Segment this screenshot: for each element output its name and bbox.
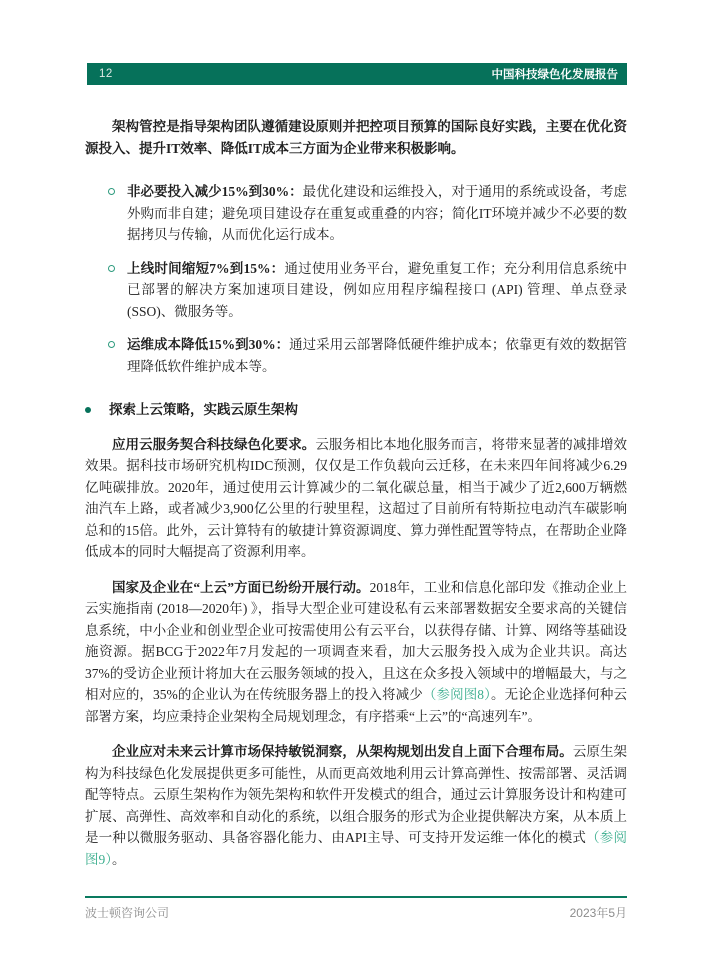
section-heading: 探索上云策略，实践云原生架构: [109, 399, 298, 421]
bullet-lead: 非必要投入减少15%到30%：: [127, 184, 303, 199]
footer-company: 波士顿咨询公司: [85, 904, 169, 921]
bullet-lead: 上线时间缩短7%到15%：: [127, 261, 284, 276]
page-header-bar: 12 中国科技绿色化发展报告: [87, 63, 627, 85]
page-content: 架构管控是指导架构团队遵循建设原则并把控项目预算的国际良好实践，主要在优化资源投…: [85, 116, 627, 884]
report-page: 12 中国科技绿色化发展报告 架构管控是指导架构团队遵循建设原则并把控项目预算的…: [0, 0, 710, 963]
paragraph-body: 2018年，工业和信息化部印发《推动企业上云实施指南 (2018—2020年) …: [85, 580, 627, 703]
report-title: 中国科技绿色化发展报告: [492, 66, 619, 82]
paragraph-body: 云原生架构为科技绿色化发展提供更多可能性，从而更高效地利用云计算高弹性、按需部署…: [85, 744, 627, 845]
page-footer: 波士顿咨询公司 2023年5月: [85, 896, 627, 921]
paragraph-cloud-service: 应用云服务契合科技绿色化要求。云服务相比本地化服务而言，将带来显著的减排增效效果…: [85, 434, 627, 563]
paragraph-body: 。: [112, 852, 126, 867]
section-heading-row: 探索上云策略，实践云原生架构: [85, 399, 627, 421]
list-item-ops-cost: 运维成本降低15%到30%：通过采用云部署降低硬件维护成本；依靠更有效的数据管理…: [85, 334, 627, 377]
paragraph-body: 云服务相比本地化服务而言，将带来显著的减排增效效果。据科技市场研究机构IDC预测…: [85, 437, 627, 560]
figure-8-link[interactable]: （参阅图8）: [423, 687, 491, 702]
footer-divider: [85, 896, 627, 898]
dot-bullet-icon: [85, 407, 91, 413]
footer-row: 波士顿咨询公司 2023年5月: [85, 904, 627, 921]
footer-date: 2023年5月: [570, 904, 627, 921]
paragraph-cloud-action: 国家及企业在“上云”方面已纷纷开展行动。2018年，工业和信息化部印发《推动企业…: [85, 577, 627, 728]
circle-bullet-icon: [108, 341, 115, 348]
paragraph-lead: 国家及企业在“上云”方面已纷纷开展行动。: [112, 580, 370, 595]
circle-bullet-icon: [108, 265, 115, 272]
bullet-text: 上线时间缩短7%到15%：通过使用业务平台，避免重复工作；充分利用信息系统中已部…: [127, 258, 627, 323]
bullet-text: 非必要投入减少15%到30%：最优化建设和运维投入，对于通用的系统或设备，考虑外…: [127, 181, 627, 246]
paragraph-cloud-native: 企业应对未来云计算市场保持敏锐洞察，从架构规划出发自上面下合理布局。云原生架构为…: [85, 741, 627, 870]
paragraph-lead: 企业应对未来云计算市场保持敏锐洞察，从架构规划出发自上面下合理布局。: [112, 744, 573, 759]
list-item-launch-time: 上线时间缩短7%到15%：通过使用业务平台，避免重复工作；充分利用信息系统中已部…: [85, 258, 627, 323]
benefit-list: 非必要投入减少15%到30%：最优化建设和运维投入，对于通用的系统或设备，考虑外…: [85, 181, 627, 377]
paragraph-lead: 应用云服务契合科技绿色化要求。: [112, 437, 315, 452]
bullet-lead: 运维成本降低15%到30%：: [127, 337, 289, 352]
bullet-text: 运维成本降低15%到30%：通过采用云部署降低硬件维护成本；依靠更有效的数据管理…: [127, 334, 627, 377]
intro-paragraph: 架构管控是指导架构团队遵循建设原则并把控项目预算的国际良好实践，主要在优化资源投…: [85, 116, 627, 159]
circle-bullet-icon: [108, 188, 115, 195]
page-number: 12: [99, 68, 113, 80]
list-item-investment: 非必要投入减少15%到30%：最优化建设和运维投入，对于通用的系统或设备，考虑外…: [85, 181, 627, 246]
